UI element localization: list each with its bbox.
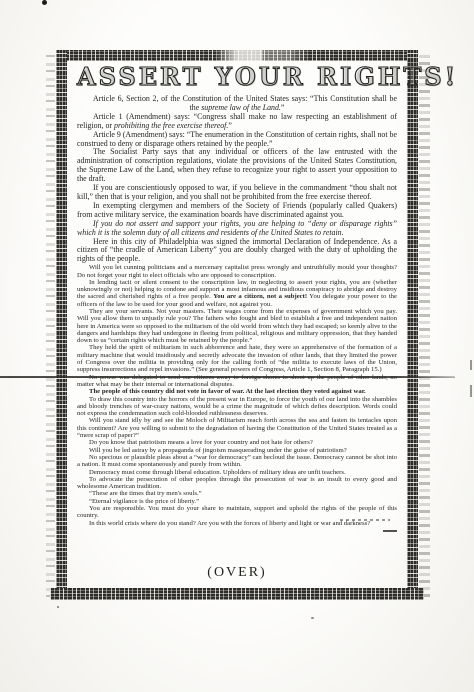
text-segment: If you are conscientiously opposed to wa… [77,183,397,201]
text-segment: Will you let cunning politicians and a m… [77,264,397,278]
paragraph-you-are-responsible: You are responsible. You must do your sh… [77,505,397,520]
over-label: (OVER) [67,565,407,581]
paragraph-jingoism: Will you be led astray by a propaganda o… [77,447,397,454]
paragraph-assert-support: If you do not assert and support your ri… [77,220,397,238]
text-segment: Will you stand idly by and see the Moloc… [77,417,397,439]
ornamental-border-right [407,50,418,600]
text-segment: In this world crisis where do you stand?… [89,520,370,527]
paragraph-horrors-of-war: To draw this country into the horrors of… [77,396,397,418]
text-segment: “Eternal vigilance is the price of liber… [89,498,199,505]
paragraph-times-try-souls: “These are the times that try men's soul… [77,490,397,497]
text-segment: prohibiting the free exercise thereof. [114,121,228,130]
text-segment: No power was delegated to send our citiz… [77,374,397,388]
scan-dash-artifact [340,519,390,521]
text-segment: You are responsible. You must do your sh… [77,505,397,519]
scan-dash-artifact [383,530,397,532]
paragraph-article-1: Article 1 (Amendment) says: “Congress sh… [77,113,397,131]
paragraph-article-6: Article 6, Section 2, of the Constitutio… [77,95,397,113]
text-segment: No specious or plausible pleas about a “… [77,454,397,468]
paragraph-liberal-education: Democracy must come through liberal educ… [77,469,397,476]
paragraph-socialist-party: The Socialist Party says that any indivi… [77,148,397,184]
text-segment: To advocate the persecution of other peo… [77,476,397,490]
fold-crease-line [0,376,455,378]
scan-speck [42,0,47,5]
scan-tick-mark [470,360,472,370]
text-segment: Article 9 (Amendment) says: “The enumera… [77,130,397,148]
ornamental-border-bottom [50,588,424,600]
paragraph-conscientious: If you are conscientiously opposed to wa… [77,184,397,202]
paragraph-eternal-vigilance: “Eternal vigilance is the price of liber… [77,498,397,505]
text-segment: “These are the times that try men's soul… [89,490,202,497]
paragraph-did-not-vote: The people of this country did not vote … [77,388,397,395]
text-segment: ” [281,103,285,112]
paragraph-american-tradition: To advocate the persecution of other peo… [77,476,397,491]
text-segment: Here in this city of Philadelphia was si… [77,237,397,264]
text-segment: To draw this country into the horrors of… [77,396,397,418]
text-segment: In exempting clergymen and members of th… [77,201,397,219]
paragraph-philadelphia: Here in this city of Philadelphia was si… [77,238,397,265]
paragraph-quakers: In exempting clergymen and members of th… [77,202,397,220]
scan-noise-right [419,52,430,597]
paragraph-spirit-of-militarism: They held the spirit of militarism in su… [77,344,397,373]
text-segment: The Socialist Party says that any indivi… [77,147,397,183]
scan-tick-mark [470,385,472,397]
text-segment: They held the spirit of militarism in su… [77,344,397,373]
scan-noise-left [46,52,55,597]
text-segment: The people of this country did not vote … [89,388,366,395]
scanned-leaflet-page: ASSERT YOUR RIGHTS! Article 6, Section 2… [0,0,474,692]
paragraph-article-9: Article 9 (Amendment) says: “The enumera… [77,131,397,149]
scan-speck [311,617,314,619]
text-segment: ” [228,121,232,130]
ornamental-border-left [56,50,67,600]
text-segment: You are a citizen, not a subject! [213,293,307,300]
text-segment: Democracy must come through liberal educ… [89,469,346,476]
leaflet-body: ASSERT YOUR RIGHTS! Article 6, Section 2… [67,50,407,527]
paragraph-cunning-politicians: Will you let cunning politicians and a m… [77,264,397,279]
text-segment: If you do not assert and support your ri… [77,219,397,237]
paragraph-patriotism: Do you know that patriotism means a love… [77,439,397,446]
scan-speck [57,606,59,608]
text-segment: supreme law of the Land. [201,103,281,112]
paragraph-your-servants: They are your servants. Not your masters… [77,308,397,344]
paragraph-tacit-consent: In lending tacit or silent consent to th… [77,279,397,308]
text-segment: They are your servants. Not your masters… [77,308,397,344]
paragraph-moloch-of-militarism: Will you stand idly by and see the Moloc… [77,417,397,439]
text-segment: Do you know that patriotism means a love… [89,439,313,446]
paragraph-no-power-delegated: No power was delegated to send our citiz… [77,374,397,389]
text-segment: Will you be led astray by a propaganda o… [89,447,347,454]
leaflet-title: ASSERT YOUR RIGHTS! [77,62,397,91]
paragraph-war-for-democracy: No specious or plausible pleas about a “… [77,454,397,469]
